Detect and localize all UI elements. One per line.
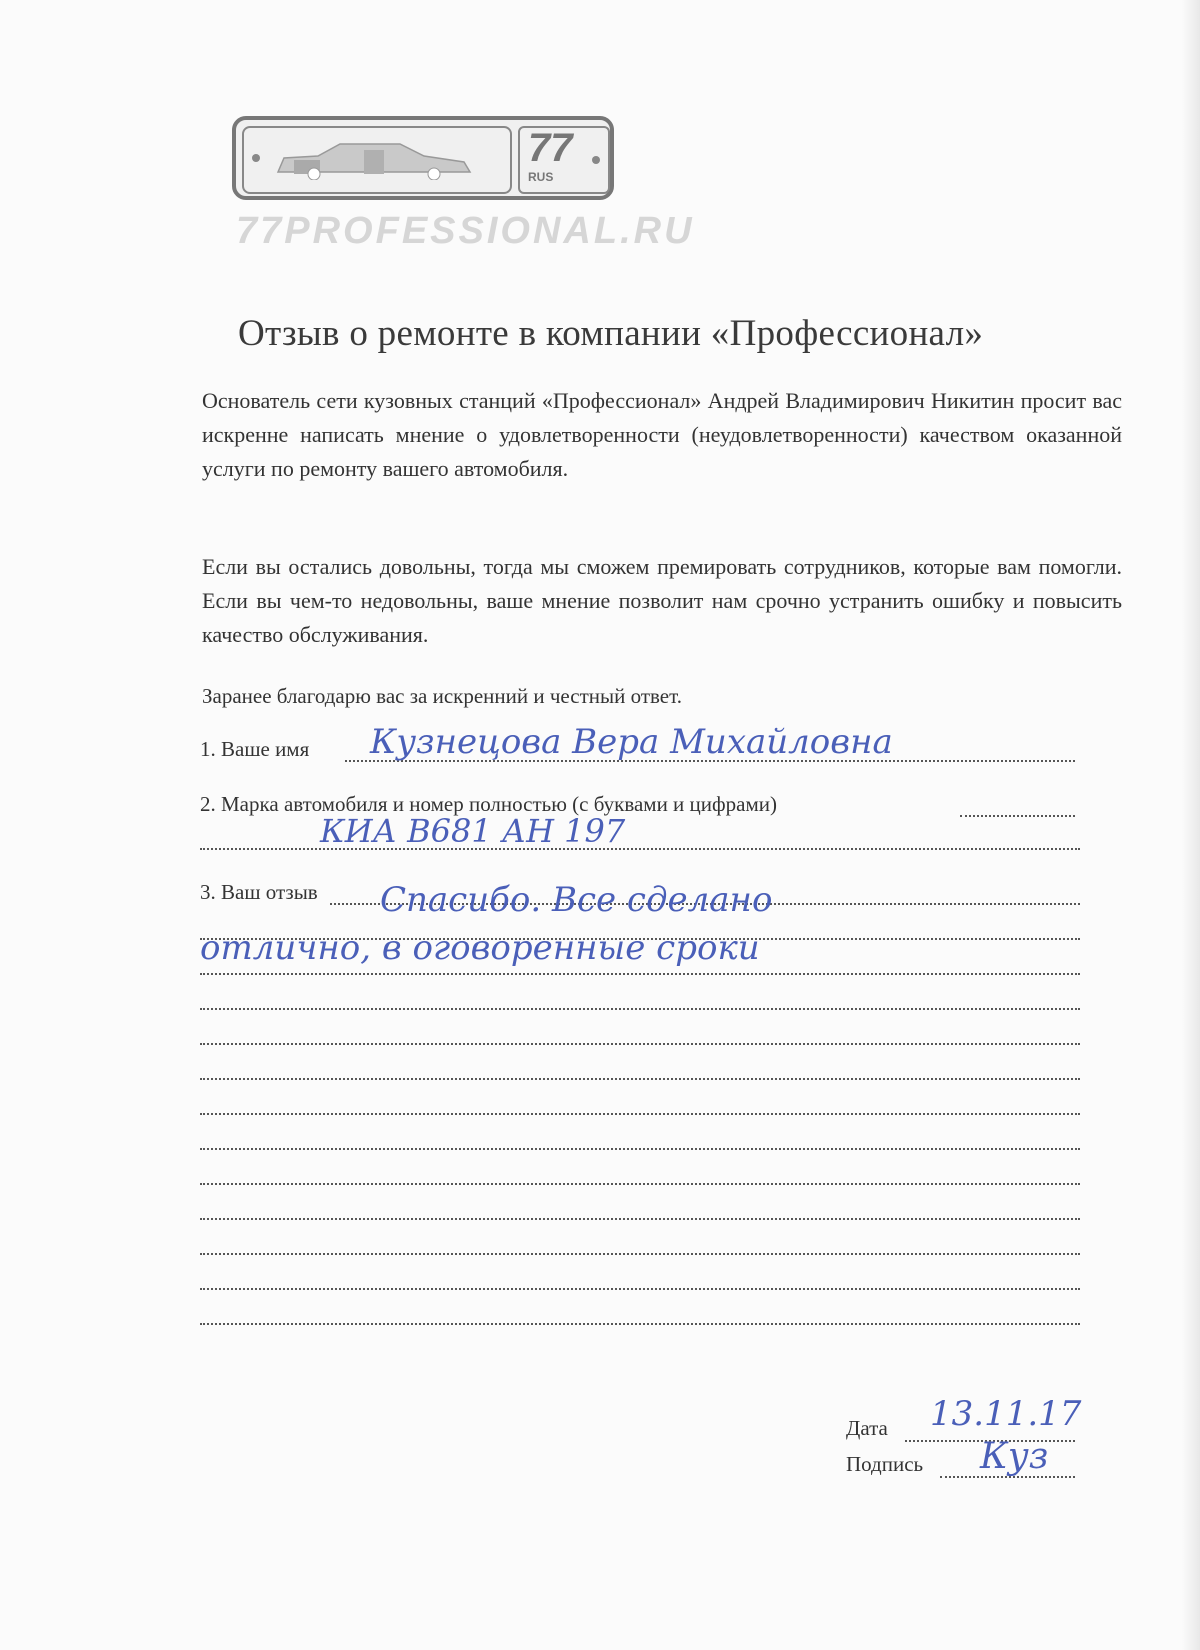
feedback-form-page: 77 RUS 77PROFESSIONAL.RU Отзыв о ремонте… <box>0 0 1200 1650</box>
intro-paragraph: Основатель сети кузовных станций «Профес… <box>202 384 1122 486</box>
document-title: Отзыв о ремонте в компании «Профессионал… <box>238 312 983 355</box>
review-line-13 <box>200 1323 1080 1325</box>
review-value-line-1[interactable]: Спасибо. Все сделано <box>380 880 772 920</box>
plate-number: 77 <box>528 126 573 171</box>
review-line-4 <box>200 1008 1080 1010</box>
signature-label: Подпись <box>846 1452 923 1477</box>
company-logo: 77 RUS <box>232 116 614 200</box>
signature-value[interactable]: Куз <box>980 1436 1048 1477</box>
review-line-3 <box>200 973 1080 975</box>
name-field-label: 1. Ваше имя <box>200 737 309 762</box>
review-line-6 <box>200 1078 1080 1080</box>
logo-region-plate: 77 RUS <box>518 126 610 194</box>
review-value-line-2[interactable]: отлично, в оговоренные сроки <box>200 928 760 968</box>
car-field-value[interactable]: КИА В681 АН 197 <box>320 812 625 850</box>
car-field-line-1 <box>960 815 1075 817</box>
thanks-line: Заранее благодарю вас за искренний и чес… <box>202 684 682 709</box>
logo-website: 77PROFESSIONAL.RU <box>236 210 695 253</box>
logo-car-frame <box>242 126 512 194</box>
plate-bolt-icon <box>592 156 600 164</box>
review-line-8 <box>200 1148 1080 1150</box>
review-line-5 <box>200 1043 1080 1045</box>
date-label: Дата <box>846 1416 888 1441</box>
plate-bolt-icon <box>252 154 260 162</box>
review-line-11 <box>200 1253 1080 1255</box>
review-line-2 <box>200 938 1080 940</box>
review-line-10 <box>200 1218 1080 1220</box>
car-body-icon <box>274 142 474 180</box>
plate-region: RUS <box>528 170 553 184</box>
name-field-value[interactable]: Кузнецова Вера Михайловна <box>370 722 893 762</box>
review-field-label: 3. Ваш отзыв <box>200 880 318 905</box>
date-value[interactable]: 13.11.17 <box>930 1394 1081 1434</box>
review-line-12 <box>200 1288 1080 1290</box>
review-line-7 <box>200 1113 1080 1115</box>
scan-edge-shadow <box>1182 0 1200 1650</box>
review-line-9 <box>200 1183 1080 1185</box>
second-paragraph: Если вы остались довольны, тогда мы смож… <box>202 550 1122 652</box>
